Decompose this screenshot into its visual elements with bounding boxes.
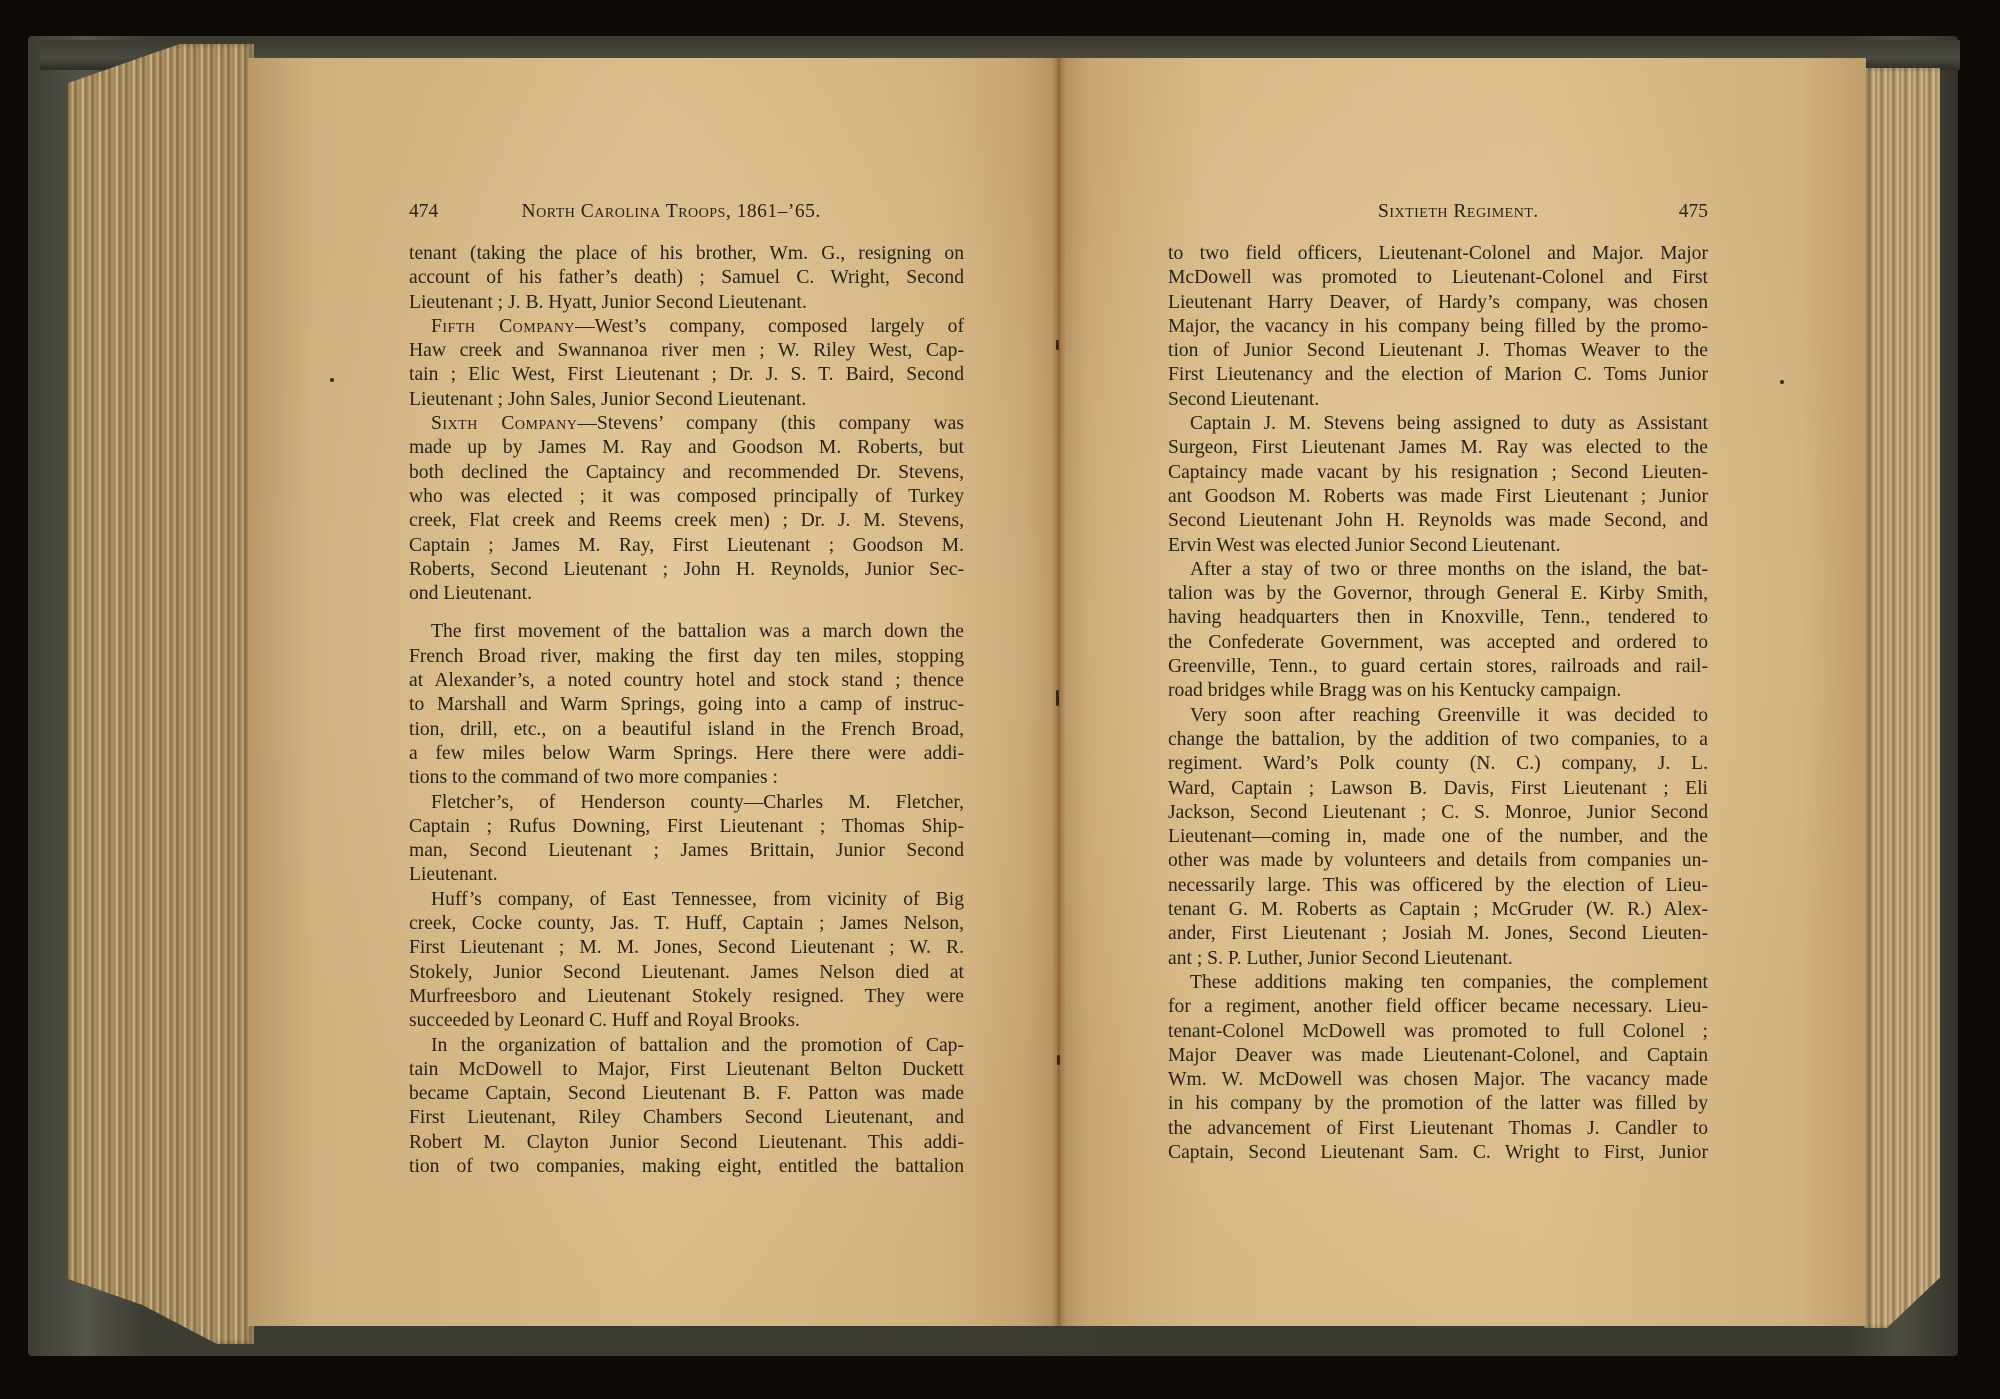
line-text: Murfreesboro and Lieutenant Stokely resi…	[409, 986, 964, 1007]
line-text: tion, drill, etc., on a beautiful island…	[409, 719, 964, 740]
text-line: tenant-Colonel McDowell was promoted to …	[1168, 1020, 1708, 1044]
text-line: Very soon after reaching Greenville it w…	[1168, 704, 1708, 728]
text-line: ant ; S. P. Luther, Junior Second Lieute…	[1168, 947, 1708, 971]
text-line: Captain J. M. Stevens being assigned to …	[1168, 412, 1708, 436]
text-line: Second Lieutenant John H. Reynolds was m…	[1168, 509, 1708, 533]
text-line: McDowell was promoted to Lieutenant-Colo…	[1168, 266, 1708, 290]
text-line: the Confederate Government, was accepted…	[1168, 631, 1708, 655]
line-text: Ward, Captain ; Lawson B. Davis, First L…	[1168, 778, 1708, 799]
line-text: ander, First Lieutenant ; Josiah M. Jone…	[1168, 923, 1708, 944]
text-line: Second Lieutenant.	[1168, 388, 1708, 412]
line-text: Haw creek and Swannanoa river men ; W. R…	[409, 340, 964, 361]
line-text: Robert M. Clayton Junior Second Lieutena…	[409, 1132, 964, 1153]
line-text: Wm. W. McDowell was chosen Major. The va…	[1168, 1069, 1708, 1090]
text-line: account of his father’s death) ; Samuel …	[409, 266, 964, 290]
line-text: ant Goodson M. Roberts was made First Li…	[1168, 486, 1708, 507]
text-line: tion, drill, etc., on a beautiful island…	[409, 718, 964, 742]
text-line: became Captain, Second Lieutenant B. F. …	[409, 1082, 964, 1106]
line-text: tion of Junior Second Lieutenant J. Thom…	[1168, 340, 1708, 361]
line-text: both declined the Captaincy and recommen…	[409, 462, 964, 483]
text-line: tion of two companies, making eight, ent…	[409, 1155, 964, 1179]
line-text: Surgeon, First Lieutenant James M. Ray w…	[1168, 437, 1708, 458]
line-text: First Lieutenancy and the election of Ma…	[1168, 364, 1708, 385]
line-text: creek, Cocke county, Jas. T. Huff, Capta…	[409, 913, 964, 934]
line-text: became Captain, Second Lieutenant B. F. …	[409, 1083, 964, 1104]
line-text: Lieutenant ; J. B. Hyatt, Junior Second …	[409, 292, 807, 313]
text-line: tenant G. M. Roberts as Captain ; McGrud…	[1168, 898, 1708, 922]
binding-thread-mark	[1057, 1055, 1060, 1065]
line-text: tain ; Elic West, First Lieutenant ; Dr.…	[409, 364, 964, 385]
line-text: a few miles below Warm Springs. Here the…	[409, 743, 964, 764]
text-line: The first movement of the battalion was …	[409, 620, 964, 644]
text-line: the advancement of First Lieutenant Thom…	[1168, 1117, 1708, 1141]
running-head-right: Sixtieth Regiment. 475	[1168, 200, 1708, 224]
text-line: to two field officers, Lieutenant-Colone…	[1168, 242, 1708, 266]
line-text: having headquarters then in Knoxville, T…	[1168, 607, 1708, 628]
text-line: regiment. Ward’s Polk county (N. C.) com…	[1168, 752, 1708, 776]
text-line: to Marshall and Warm Springs, going into…	[409, 693, 964, 717]
left-page-body: tenant (taking the place of his brother,…	[409, 242, 964, 1179]
line-text: at Alexander’s, a noted country hotel an…	[409, 670, 964, 691]
line-text: Major, the vacancy in his company being …	[1168, 316, 1708, 337]
line-text: Captain J. M. Stevens being assigned to …	[1190, 413, 1708, 434]
text-line: for a regiment, another field officer be…	[1168, 995, 1708, 1019]
page-edges-left	[68, 44, 254, 1344]
text-line: In the organization of battalion and the…	[409, 1034, 964, 1058]
text-line: creek, Cocke county, Jas. T. Huff, Capta…	[409, 912, 964, 936]
line-text: talion was by the Governor, through Gene…	[1168, 583, 1708, 604]
text-line: These additions making ten companies, th…	[1168, 971, 1708, 995]
line-text: After a stay of two or three months on t…	[1190, 559, 1708, 580]
text-line: Captain ; Rufus Downing, First Lieutenan…	[409, 815, 964, 839]
line-text: —Stevens’ company (this company was	[577, 413, 964, 434]
binding-thread-mark	[1056, 690, 1059, 706]
text-line: After a stay of two or three months on t…	[1168, 558, 1708, 582]
text-line: who was elected ; it was composed princi…	[409, 485, 964, 509]
text-line: Lieutenant ; J. B. Hyatt, Junior Second …	[409, 291, 964, 315]
text-line: Lieutenant.	[409, 863, 964, 887]
line-text: Lieutenant—coming in, made one of the nu…	[1168, 826, 1708, 847]
text-line: made up by James M. Ray and Goodson M. R…	[409, 436, 964, 460]
line-text: in his company by the promotion of the l…	[1168, 1093, 1708, 1114]
line-text: First Lieutenant, Riley Chambers Second …	[409, 1107, 964, 1128]
text-line: Robert M. Clayton Junior Second Lieutena…	[409, 1131, 964, 1155]
text-line: man, Second Lieutenant ; James Brittain,…	[409, 839, 964, 863]
line-text: tion of two companies, making eight, ent…	[409, 1156, 964, 1177]
text-line: ander, First Lieutenant ; Josiah M. Jone…	[1168, 922, 1708, 946]
text-line: a few miles below Warm Springs. Here the…	[409, 742, 964, 766]
text-line: Surgeon, First Lieutenant James M. Ray w…	[1168, 436, 1708, 460]
text-line: creek, Flat creek and Reems creek men) ;…	[409, 509, 964, 533]
text-line: Ervin West was elected Junior Second Lie…	[1168, 534, 1708, 558]
line-text: account of his father’s death) ; Samuel …	[409, 267, 964, 288]
line-text: other was made by volunteers and details…	[1168, 850, 1708, 871]
text-line: having headquarters then in Knoxville, T…	[1168, 606, 1708, 630]
text-line: Huff’s company, of East Tennessee, from …	[409, 888, 964, 912]
line-text: who was elected ; it was composed princi…	[409, 486, 964, 507]
running-head-left: 474 North Carolina Troops, 1861–’65.	[409, 200, 964, 224]
line-text: Captain ; James M. Ray, First Lieutenant…	[409, 535, 964, 556]
line-text: Lieutenant Harry Deaver, of Hardy’s comp…	[1168, 292, 1708, 313]
line-text: change the battalion, by the addition of…	[1168, 729, 1708, 750]
text-line: tenant (taking the place of his brother,…	[409, 242, 964, 266]
text-line: Stokely, Junior Second Lieutenant. James…	[409, 961, 964, 985]
text-line: Captain, Second Lieutenant Sam. C. Wrigh…	[1168, 1141, 1708, 1165]
text-line: Major, the vacancy in his company being …	[1168, 315, 1708, 339]
line-text: man, Second Lieutenant ; James Brittain,…	[409, 840, 964, 861]
text-line: Captaincy made vacant by his resignation…	[1168, 461, 1708, 485]
text-line: tain McDowell to Major, First Lieutenant…	[409, 1058, 964, 1082]
running-head-title: North Carolina Troops, 1861–’65.	[438, 200, 964, 224]
line-text: First Lieutenant ; M. M. Jones, Second L…	[409, 937, 964, 958]
right-page-body: to two field officers, Lieutenant-Colone…	[1168, 242, 1708, 1165]
line-text: ant ; S. P. Luther, Junior Second Lieute…	[1168, 948, 1513, 969]
right-page-text: Sixtieth Regiment. 475 to two field offi…	[1168, 200, 1708, 1165]
paper-speck	[330, 378, 334, 382]
text-line: Haw creek and Swannanoa river men ; W. R…	[409, 339, 964, 363]
line-text: Fletcher’s, of Henderson county—Charles …	[431, 792, 964, 813]
text-line: both declined the Captaincy and recommen…	[409, 461, 964, 485]
line-text: Jackson, Second Lieutenant ; C. S. Monro…	[1168, 802, 1708, 823]
text-line: Fifth Company—West’s company, composed l…	[409, 315, 964, 339]
line-text: made up by James M. Ray and Goodson M. R…	[409, 437, 964, 458]
text-line: First Lieutenant ; M. M. Jones, Second L…	[409, 936, 964, 960]
line-text: to two field officers, Lieutenant-Colone…	[1168, 243, 1708, 264]
text-line: Lieutenant Harry Deaver, of Hardy’s comp…	[1168, 291, 1708, 315]
text-line: in his company by the promotion of the l…	[1168, 1092, 1708, 1116]
line-text: Lieutenant.	[409, 864, 498, 885]
line-text: Ervin West was elected Junior Second Lie…	[1168, 535, 1561, 556]
line-text: These additions making ten companies, th…	[1190, 972, 1708, 993]
binding-thread-mark	[1056, 340, 1059, 350]
text-line: Wm. W. McDowell was chosen Major. The va…	[1168, 1068, 1708, 1092]
text-line: French Broad river, making the first day…	[409, 645, 964, 669]
line-text: road bridges while Bragg was on his Kent…	[1168, 680, 1621, 701]
line-text: the advancement of First Lieutenant Thom…	[1168, 1118, 1708, 1139]
line-text: for a regiment, another field officer be…	[1168, 996, 1708, 1017]
text-line: Murfreesboro and Lieutenant Stokely resi…	[409, 985, 964, 1009]
line-text: Second Lieutenant John H. Reynolds was m…	[1168, 510, 1708, 531]
page-number: 475	[1679, 200, 1708, 224]
line-text: Greenville, Tenn., to guard certain stor…	[1168, 656, 1708, 677]
text-line: First Lieutenant, Riley Chambers Second …	[409, 1106, 964, 1130]
section-lead: Sixth Company	[431, 413, 577, 434]
line-text: Captain, Second Lieutenant Sam. C. Wrigh…	[1168, 1142, 1708, 1163]
book-gutter	[1052, 58, 1066, 1326]
text-line: talion was by the Governor, through Gene…	[1168, 582, 1708, 606]
text-line: other was made by volunteers and details…	[1168, 849, 1708, 873]
line-text: tenant G. M. Roberts as Captain ; McGrud…	[1168, 899, 1708, 920]
text-line: necessarily large. This was officered by…	[1168, 874, 1708, 898]
text-line: First Lieutenancy and the election of Ma…	[1168, 363, 1708, 387]
line-text: to Marshall and Warm Springs, going into…	[409, 694, 964, 715]
text-line: Ward, Captain ; Lawson B. Davis, First L…	[1168, 777, 1708, 801]
text-line: at Alexander’s, a noted country hotel an…	[409, 669, 964, 693]
line-text: Lieutenant ; John Sales, Junior Second L…	[409, 389, 806, 410]
line-text: Stokely, Junior Second Lieutenant. James…	[409, 962, 964, 983]
text-line: Captain ; James M. Ray, First Lieutenant…	[409, 534, 964, 558]
line-text: Roberts, Second Lieutenant ; John H. Rey…	[409, 559, 964, 580]
line-text: succeeded by Leonard C. Huff and Royal B…	[409, 1010, 800, 1031]
line-text: Very soon after reaching Greenville it w…	[1190, 705, 1708, 726]
running-head-title: Sixtieth Regiment.	[1168, 200, 1679, 224]
text-line: Lieutenant ; John Sales, Junior Second L…	[409, 388, 964, 412]
page-number: 474	[409, 200, 438, 224]
line-text: —West’s company, composed largely of	[575, 316, 964, 337]
text-line: tion of Junior Second Lieutenant J. Thom…	[1168, 339, 1708, 363]
line-text: Captaincy made vacant by his resignation…	[1168, 462, 1708, 483]
text-line: Roberts, Second Lieutenant ; John H. Rey…	[409, 558, 964, 582]
line-text: The first movement of the battalion was …	[431, 621, 964, 642]
section-lead: Fifth Company	[431, 316, 575, 337]
line-text: regiment. Ward’s Polk county (N. C.) com…	[1168, 753, 1708, 774]
paper-speck	[1780, 380, 1784, 384]
page-edges-right	[1864, 68, 1940, 1328]
line-text: tions to the command of two more compani…	[409, 767, 778, 788]
text-line: tions to the command of two more compani…	[409, 766, 964, 790]
text-line: Lieutenant—coming in, made one of the nu…	[1168, 825, 1708, 849]
text-line: ond Lieutenant.	[409, 582, 964, 606]
text-line: Sixth Company—Stevens’ company (this com…	[409, 412, 964, 436]
line-text: the Confederate Government, was accepted…	[1168, 632, 1708, 653]
line-text: Second Lieutenant.	[1168, 389, 1319, 410]
line-text: tenant (taking the place of his brother,…	[409, 243, 964, 264]
line-text: Major Deaver was made Lieutenant-Colonel…	[1168, 1045, 1708, 1066]
line-text: tain McDowell to Major, First Lieutenant…	[409, 1059, 964, 1080]
text-line: tain ; Elic West, First Lieutenant ; Dr.…	[409, 363, 964, 387]
line-text: tenant-Colonel McDowell was promoted to …	[1168, 1021, 1708, 1042]
line-text: Huff’s company, of East Tennessee, from …	[431, 889, 964, 910]
line-text: French Broad river, making the first day…	[409, 646, 964, 667]
text-line: road bridges while Bragg was on his Kent…	[1168, 679, 1708, 703]
paragraph-gap	[409, 606, 964, 620]
line-text: necessarily large. This was officered by…	[1168, 875, 1708, 896]
text-line: Jackson, Second Lieutenant ; C. S. Monro…	[1168, 801, 1708, 825]
line-text: McDowell was promoted to Lieutenant-Colo…	[1168, 267, 1708, 288]
line-text: ond Lieutenant.	[409, 583, 532, 604]
text-line: Major Deaver was made Lieutenant-Colonel…	[1168, 1044, 1708, 1068]
line-text: In the organization of battalion and the…	[431, 1035, 964, 1056]
left-page-text: 474 North Carolina Troops, 1861–’65. ten…	[409, 200, 964, 1179]
text-line: succeeded by Leonard C. Huff and Royal B…	[409, 1009, 964, 1033]
line-text: creek, Flat creek and Reems creek men) ;…	[409, 510, 964, 531]
text-line: ant Goodson M. Roberts was made First Li…	[1168, 485, 1708, 509]
line-text: Captain ; Rufus Downing, First Lieutenan…	[409, 816, 964, 837]
text-line: Fletcher’s, of Henderson county—Charles …	[409, 791, 964, 815]
text-line: Greenville, Tenn., to guard certain stor…	[1168, 655, 1708, 679]
text-line: change the battalion, by the addition of…	[1168, 728, 1708, 752]
